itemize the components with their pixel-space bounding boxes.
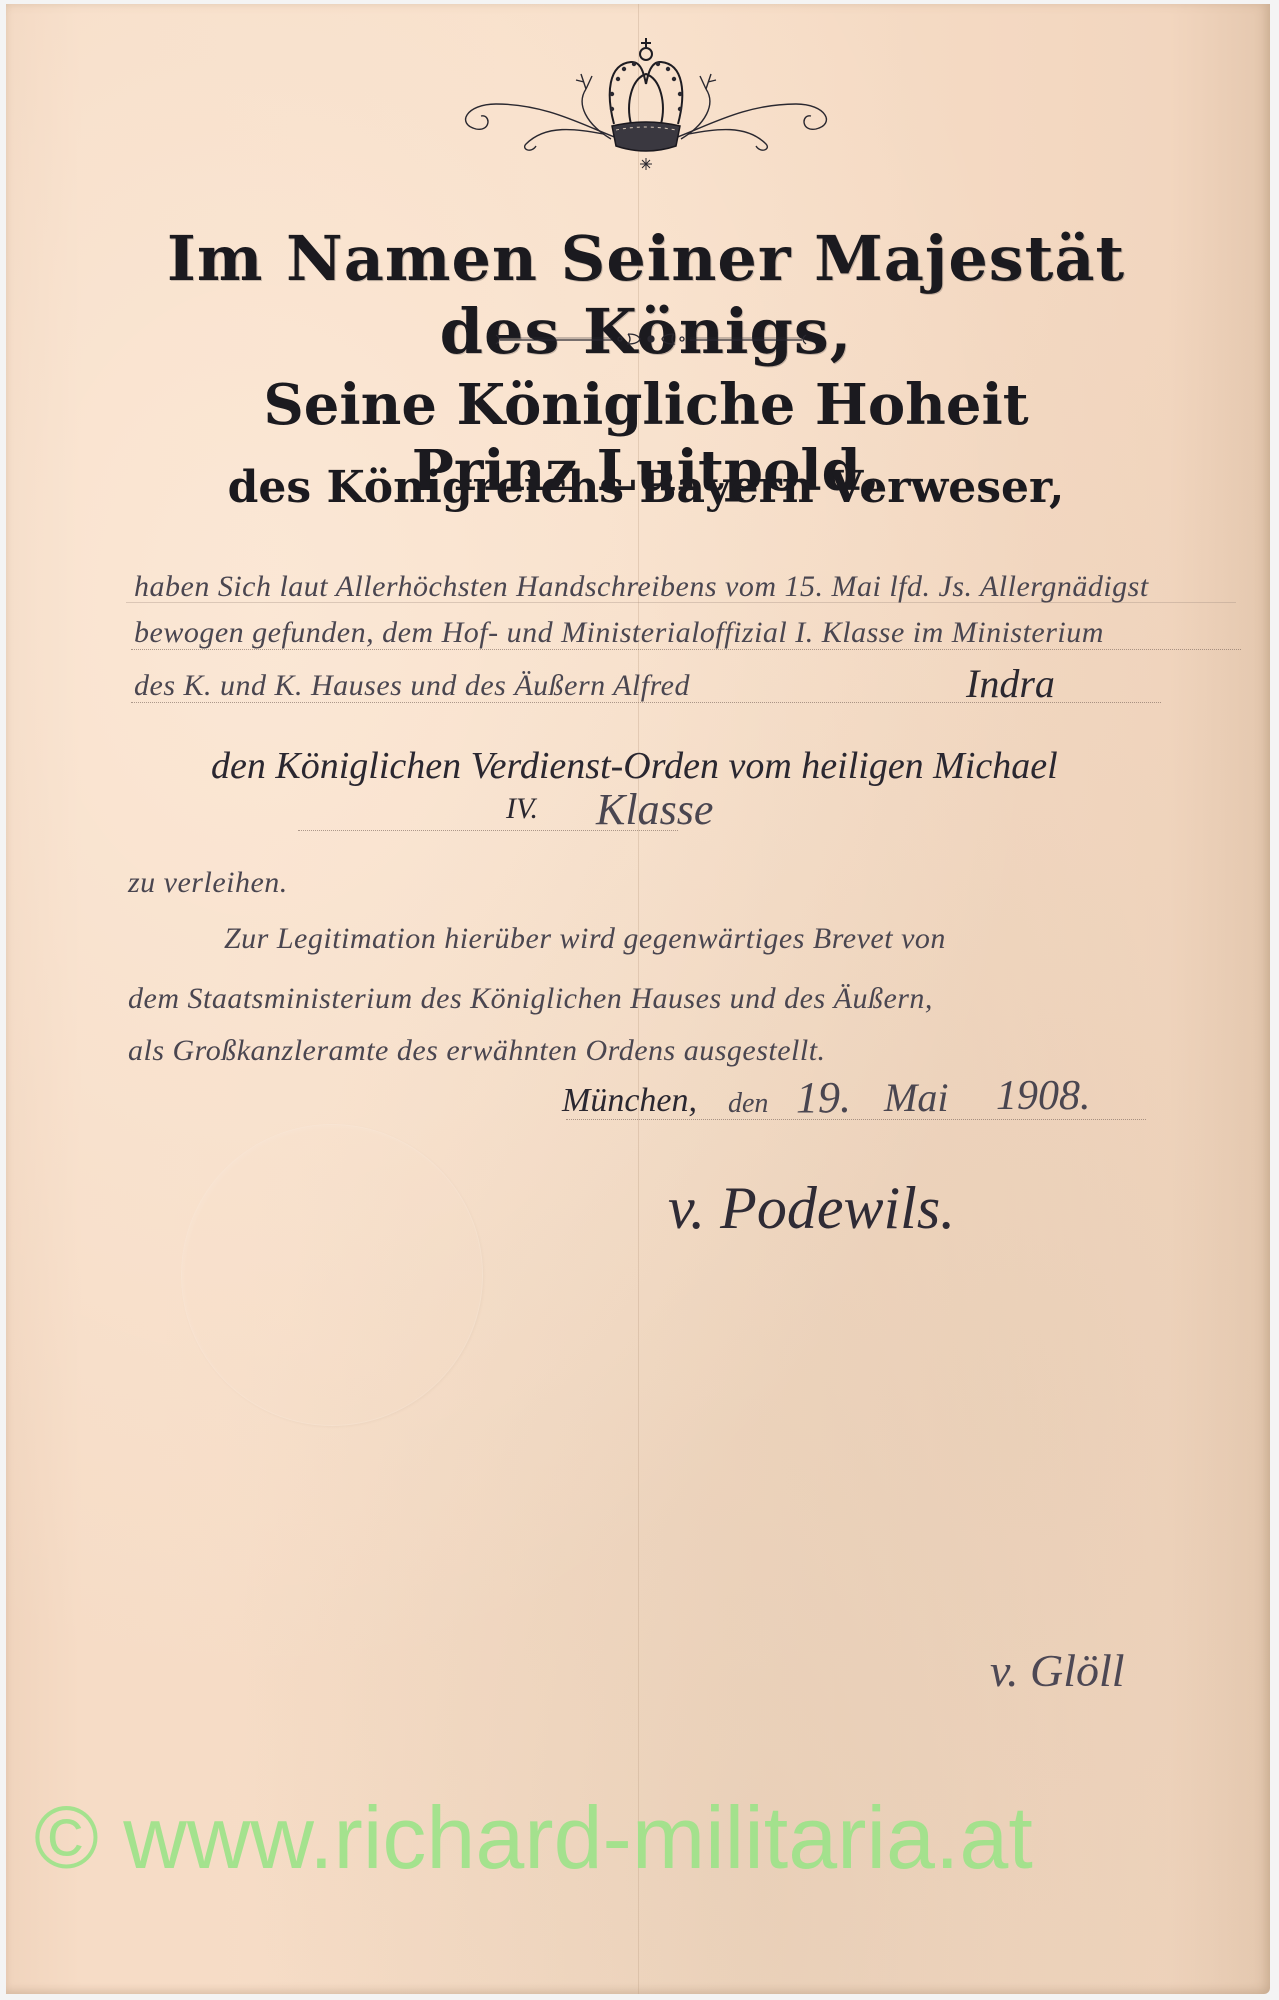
order-class-numeral: IV.	[506, 792, 538, 826]
scan-frame: Im Namen Seiner Majestät des Königs,	[0, 0, 1279, 2000]
legitimation-line-2: dem Staatsministerium des Königlichen Ha…	[128, 982, 933, 1016]
secretary-signature: v. Glöll	[990, 1644, 1125, 1697]
legitimation-line-3: als Großkanzleramte des erwähnten Ordens…	[128, 1034, 826, 1068]
body-line-1: haben Sich laut Allerhöchsten Handschrei…	[134, 570, 1149, 604]
body-line-2: bewogen gefunden, dem Hof- und Ministeri…	[134, 616, 1104, 650]
order-class-word: Klasse	[596, 784, 713, 835]
ornamental-divider	[492, 331, 810, 347]
embossed-seal	[181, 1124, 483, 1426]
document-paper: Im Namen Seiner Majestät des Königs,	[6, 4, 1270, 1994]
date-year: 1908.	[996, 1072, 1091, 1120]
date-den: den	[728, 1088, 768, 1120]
place-name: München,	[562, 1082, 697, 1120]
date-day: 19.	[796, 1072, 851, 1123]
minister-signature: v. Podewils.	[668, 1174, 955, 1243]
recipient-surname: Indra	[966, 660, 1055, 707]
order-name: den Königlichen Verdienst-Orden vom heil…	[211, 744, 1058, 788]
body-line-3: des K. und K. Hauses und des Äußern Alfr…	[134, 669, 690, 703]
closing-line: zu verleihen.	[128, 866, 288, 900]
regent-kingdom-line: des Königreichs Bayern Verweser,	[226, 462, 1066, 513]
copyright-watermark: © www.richard-militaria.at	[34, 1787, 1264, 1889]
date-month: Mai	[884, 1074, 948, 1121]
legitimation-line-1: Zur Legitimation hierüber wird gegenwärt…	[224, 922, 946, 956]
royal-crown-icon	[436, 34, 856, 174]
